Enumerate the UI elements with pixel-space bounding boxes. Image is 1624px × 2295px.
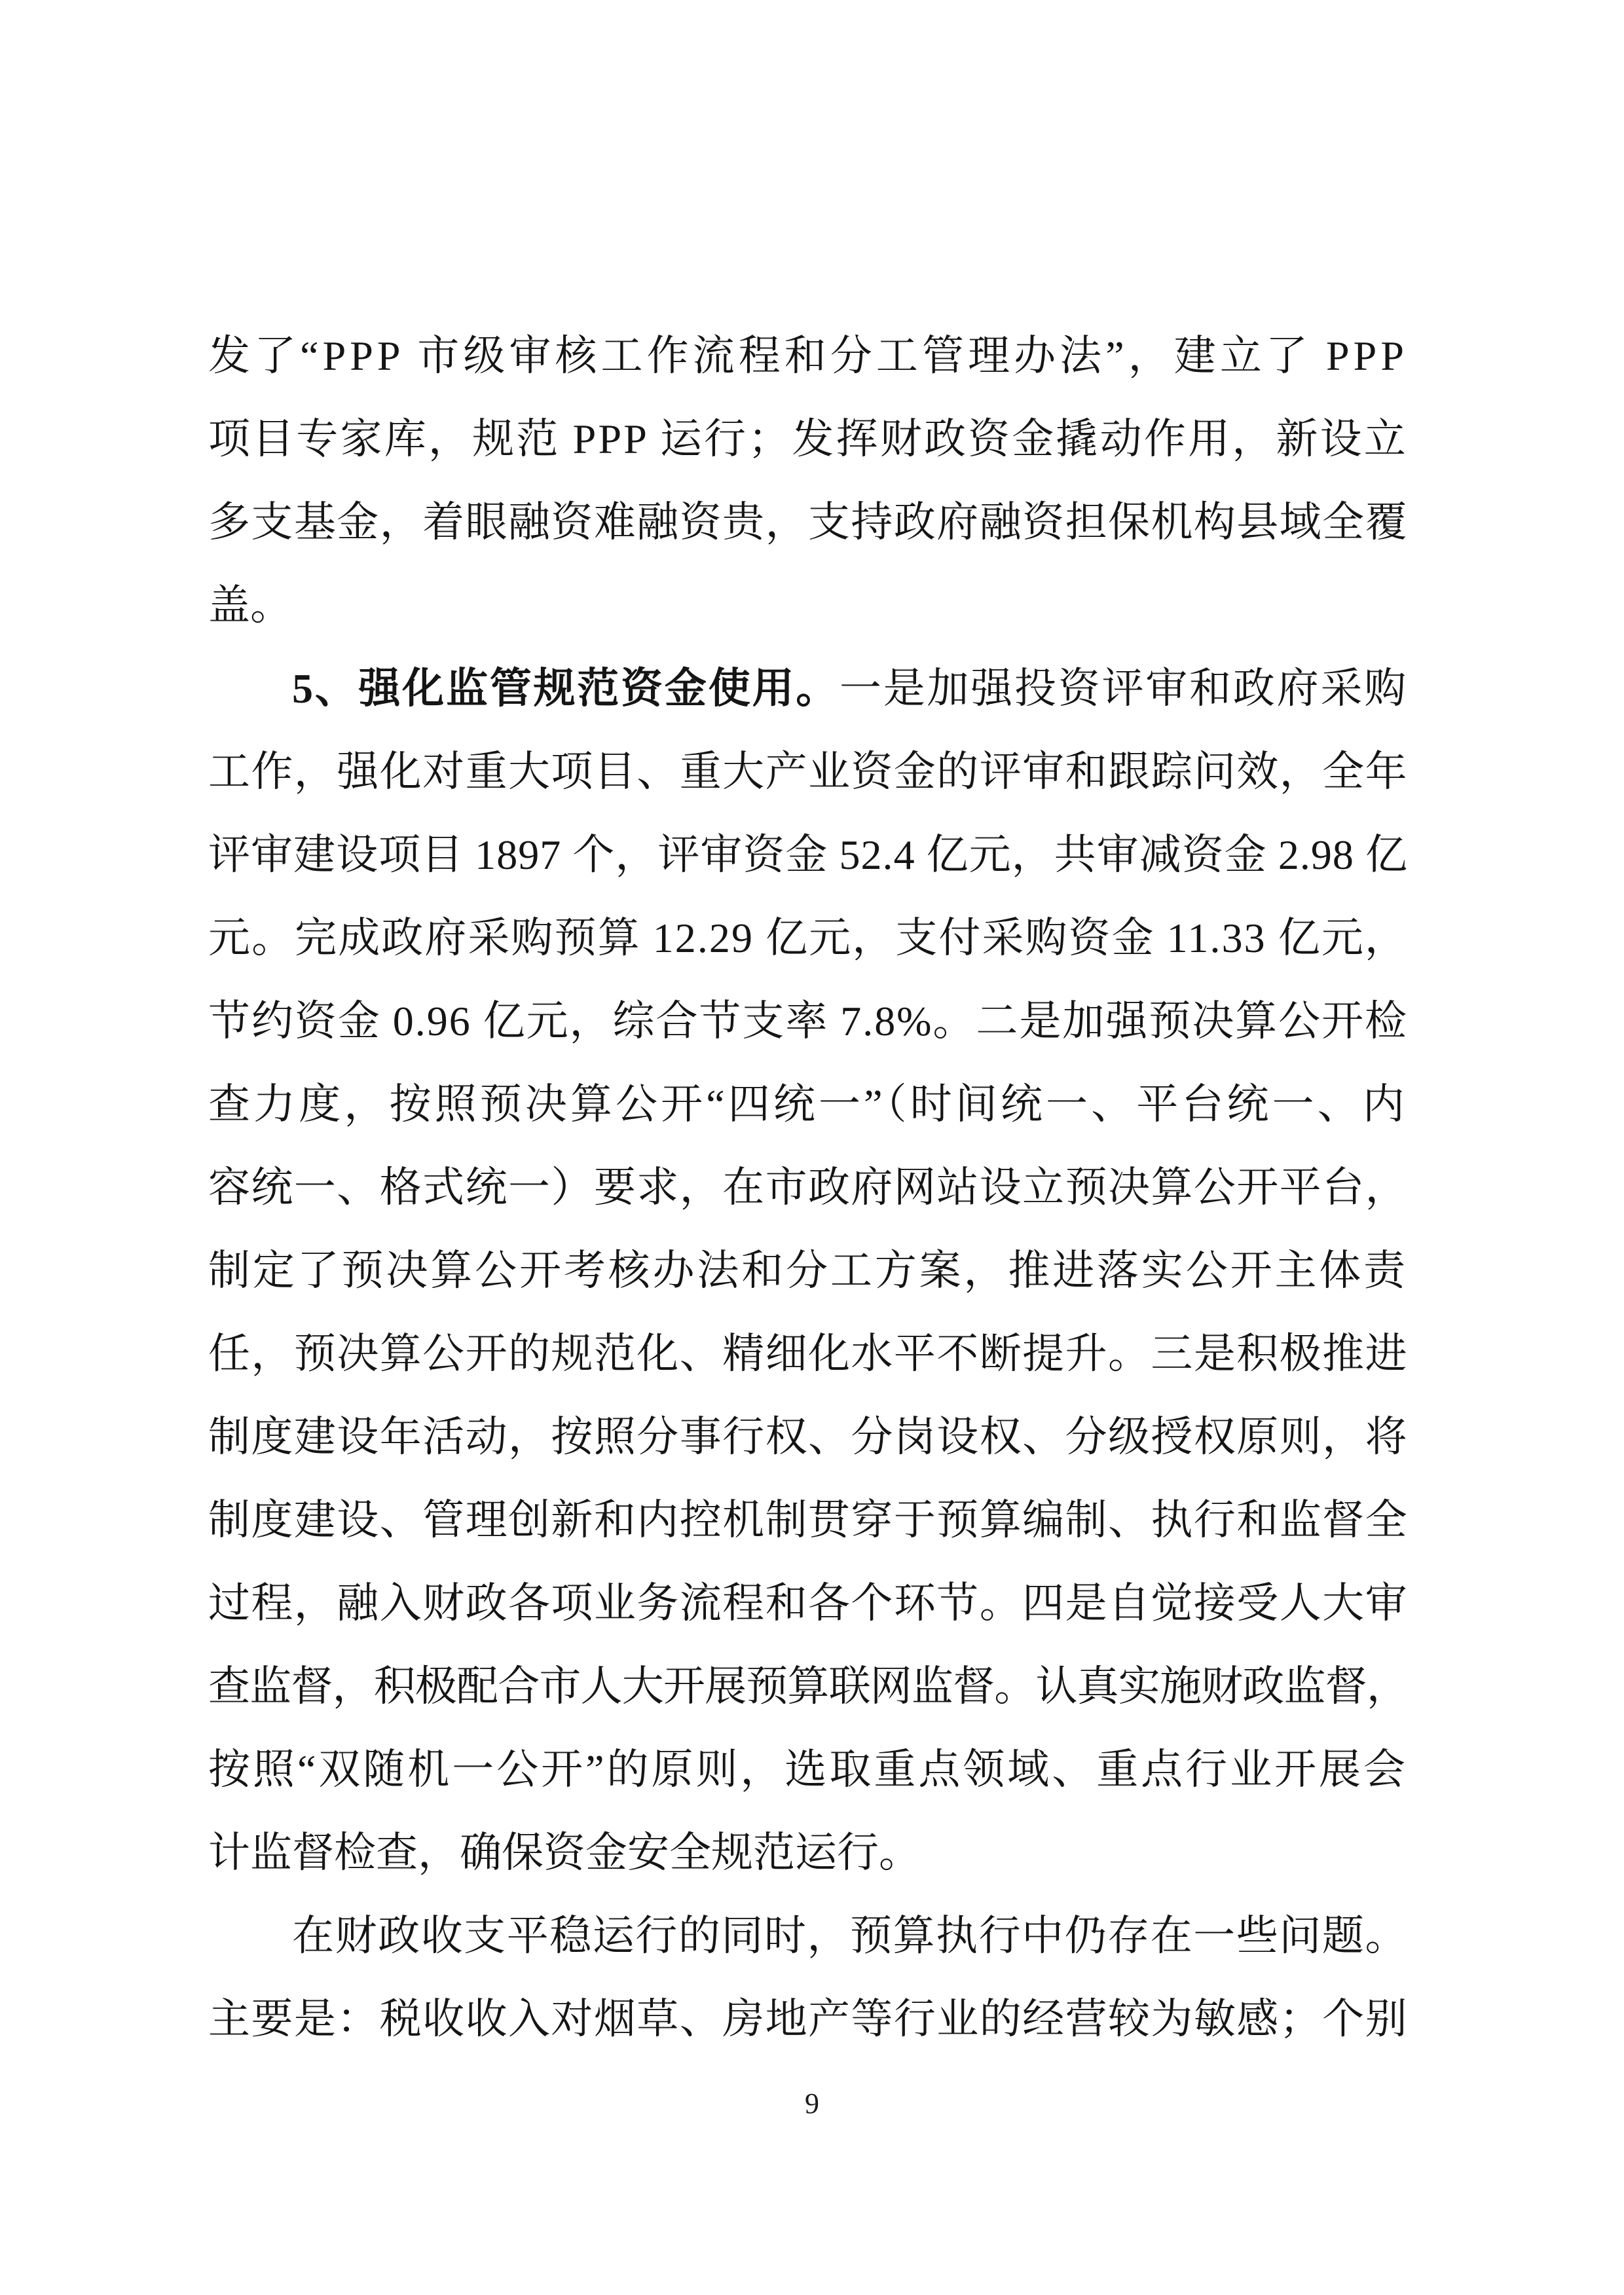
line-content: 盖。 xyxy=(208,582,292,629)
line-content: 元。完成政府采购预算 12.29 亿元，支付采购资金 11.33 亿元， xyxy=(208,915,1408,961)
text-line: 节约资金 0.96 亿元，综合节支率 7.8%。二是加强预决算公开检 xyxy=(208,980,1408,1063)
line-content: 发了“PPP 市级审核工作流程和分工管理办法”，建立了 PPP xyxy=(208,333,1408,379)
line-content: 节约资金 0.96 亿元，综合节支率 7.8%。二是加强预决算公开检 xyxy=(208,998,1408,1044)
text-line: 制定了预决算公开考核办法和分工方案，推进落实公开主体责 xyxy=(208,1229,1408,1312)
text-line: 评审建设项目 1897 个，评审资金 52.4 亿元，共审减资金 2.98 亿 xyxy=(208,813,1408,896)
text-line: 容统一、格式统一）要求，在市政府网站设立预决算公开平台， xyxy=(208,1146,1408,1229)
body-text: 发了“PPP 市级审核工作流程和分工管理办法”，建立了 PPP项目专家库，规范 … xyxy=(208,314,1408,2061)
line-content: 5、强化监管规范资金使用。一是加强投资评审和政府采购 xyxy=(292,665,1408,712)
line-content: 查监督，积极配合市人大开展预算联网监督。认真实施财政监督， xyxy=(208,1663,1408,1710)
line-content: 多支基金，着眼融资难融资贵，支持政府融资担保机构县域全覆 xyxy=(208,499,1408,545)
line-content: 主要是：税收收入对烟草、房地产等行业的经营较为敏感；个别 xyxy=(208,1996,1408,2042)
text-segment: 元。完成政府采购预算 12.29 亿元，支付采购资金 11.33 亿元， xyxy=(208,915,1408,961)
document-page: 发了“PPP 市级审核工作流程和分工管理办法”，建立了 PPP项目专家库，规范 … xyxy=(0,0,1624,2295)
text-line: 任，预决算公开的规范化、精细化水平不断提升。三是积极推进 xyxy=(208,1312,1408,1395)
line-content: 计监督检查，确保资金安全规范运行。 xyxy=(208,1829,921,1876)
line-content: 评审建设项目 1897 个，评审资金 52.4 亿元，共审减资金 2.98 亿 xyxy=(208,832,1408,878)
line-content: 在财政收支平稳运行的同时，预算执行中仍存在一些问题。 xyxy=(292,1913,1408,1959)
text-segment: 项目专家库，规范 PPP 运行；发挥财政资金撬动作用，新设立 xyxy=(208,416,1408,462)
text-segment: 制度建设年活动，按照分事行权、分岗设权、分级授权原则，将 xyxy=(208,1414,1408,1460)
text-line: 查力度，按照预决算公开“四统一”（时间统一、平台统一、内 xyxy=(208,1063,1408,1146)
line-content: 制度建设、管理创新和内控机制贯穿于预算编制、执行和监督全 xyxy=(208,1497,1408,1543)
text-segment: 制度建设、管理创新和内控机制贯穿于预算编制、执行和监督全 xyxy=(208,1497,1408,1543)
text-line: 在财政收支平稳运行的同时，预算执行中仍存在一些问题。 xyxy=(208,1894,1408,1977)
line-content: 按照“双随机一公开”的原则，选取重点领域、重点行业开展会 xyxy=(208,1746,1408,1793)
text-line: 按照“双随机一公开”的原则，选取重点领域、重点行业开展会 xyxy=(208,1728,1408,1811)
text-line: 制度建设、管理创新和内控机制贯穿于预算编制、执行和监督全 xyxy=(208,1478,1408,1562)
page-number: 9 xyxy=(805,2087,819,2120)
text-line: 多支基金，着眼融资难融资贵，支持政府融资担保机构县域全覆 xyxy=(208,481,1408,564)
text-segment: 查监督，积极配合市人大开展预算联网监督。认真实施财政监督， xyxy=(208,1663,1408,1710)
text-line: 查监督，积极配合市人大开展预算联网监督。认真实施财政监督， xyxy=(208,1645,1408,1728)
text-segment: 主要是：税收收入对烟草、房地产等行业的经营较为敏感；个别 xyxy=(208,1996,1408,2042)
text-line: 过程，融入财政各项业务流程和各个环节。四是自觉接受人大审 xyxy=(208,1562,1408,1645)
text-line: 发了“PPP 市级审核工作流程和分工管理办法”，建立了 PPP xyxy=(208,314,1408,397)
text-segment: 计监督检查，确保资金安全规范运行。 xyxy=(208,1829,921,1876)
line-content: 制度建设年活动，按照分事行权、分岗设权、分级授权原则，将 xyxy=(208,1414,1408,1460)
text-segment: 过程，融入财政各项业务流程和各个环节。四是自觉接受人大审 xyxy=(208,1580,1408,1626)
text-segment: 在财政收支平稳运行的同时，预算执行中仍存在一些问题。 xyxy=(292,1913,1408,1959)
text-line: 制度建设年活动，按照分事行权、分岗设权、分级授权原则，将 xyxy=(208,1395,1408,1478)
line-content: 制定了预决算公开考核办法和分工方案，推进落实公开主体责 xyxy=(208,1247,1408,1294)
text-segment: 5、强化监管规范资金使用。 xyxy=(292,665,840,712)
line-content: 容统一、格式统一）要求，在市政府网站设立预决算公开平台， xyxy=(208,1164,1408,1211)
line-content: 任，预决算公开的规范化、精细化水平不断提升。三是积极推进 xyxy=(208,1331,1408,1377)
text-line: 主要是：税收收入对烟草、房地产等行业的经营较为敏感；个别 xyxy=(208,1977,1408,2061)
text-segment: 一是加强投资评审和政府采购 xyxy=(840,665,1408,712)
line-content: 工作，强化对重大项目、重大产业资金的评审和跟踪问效，全年 xyxy=(208,748,1408,795)
text-segment: 容统一、格式统一）要求，在市政府网站设立预决算公开平台， xyxy=(208,1164,1408,1211)
text-segment: 按照“双随机一公开”的原则，选取重点领域、重点行业开展会 xyxy=(208,1746,1408,1793)
text-segment: 盖。 xyxy=(208,582,292,629)
text-segment: 任，预决算公开的规范化、精细化水平不断提升。三是积极推进 xyxy=(208,1331,1408,1377)
text-line: 5、强化监管规范资金使用。一是加强投资评审和政府采购 xyxy=(208,647,1408,730)
line-content: 查力度，按照预决算公开“四统一”（时间统一、平台统一、内 xyxy=(208,1081,1408,1128)
text-segment: 工作，强化对重大项目、重大产业资金的评审和跟踪问效，全年 xyxy=(208,748,1408,795)
line-content: 项目专家库，规范 PPP 运行；发挥财政资金撬动作用，新设立 xyxy=(208,416,1408,462)
text-line: 计监督检查，确保资金安全规范运行。 xyxy=(208,1811,1408,1894)
text-segment: 发了“PPP 市级审核工作流程和分工管理办法”，建立了 PPP xyxy=(208,333,1408,379)
text-segment: 查力度，按照预决算公开“四统一”（时间统一、平台统一、内 xyxy=(208,1081,1408,1128)
text-segment: 评审建设项目 1897 个，评审资金 52.4 亿元，共审减资金 2.98 亿 xyxy=(208,832,1408,878)
page-footer: 9 xyxy=(0,2085,1624,2122)
text-segment: 多支基金，着眼融资难融资贵，支持政府融资担保机构县域全覆 xyxy=(208,499,1408,545)
text-segment: 制定了预决算公开考核办法和分工方案，推进落实公开主体责 xyxy=(208,1247,1408,1294)
line-content: 过程，融入财政各项业务流程和各个环节。四是自觉接受人大审 xyxy=(208,1580,1408,1626)
text-line: 元。完成政府采购预算 12.29 亿元，支付采购资金 11.33 亿元， xyxy=(208,896,1408,980)
text-line: 项目专家库，规范 PPP 运行；发挥财政资金撬动作用，新设立 xyxy=(208,397,1408,481)
text-line: 工作，强化对重大项目、重大产业资金的评审和跟踪问效，全年 xyxy=(208,730,1408,813)
text-line: 盖。 xyxy=(208,564,1408,647)
text-segment: 节约资金 0.96 亿元，综合节支率 7.8%。二是加强预决算公开检 xyxy=(208,998,1408,1044)
